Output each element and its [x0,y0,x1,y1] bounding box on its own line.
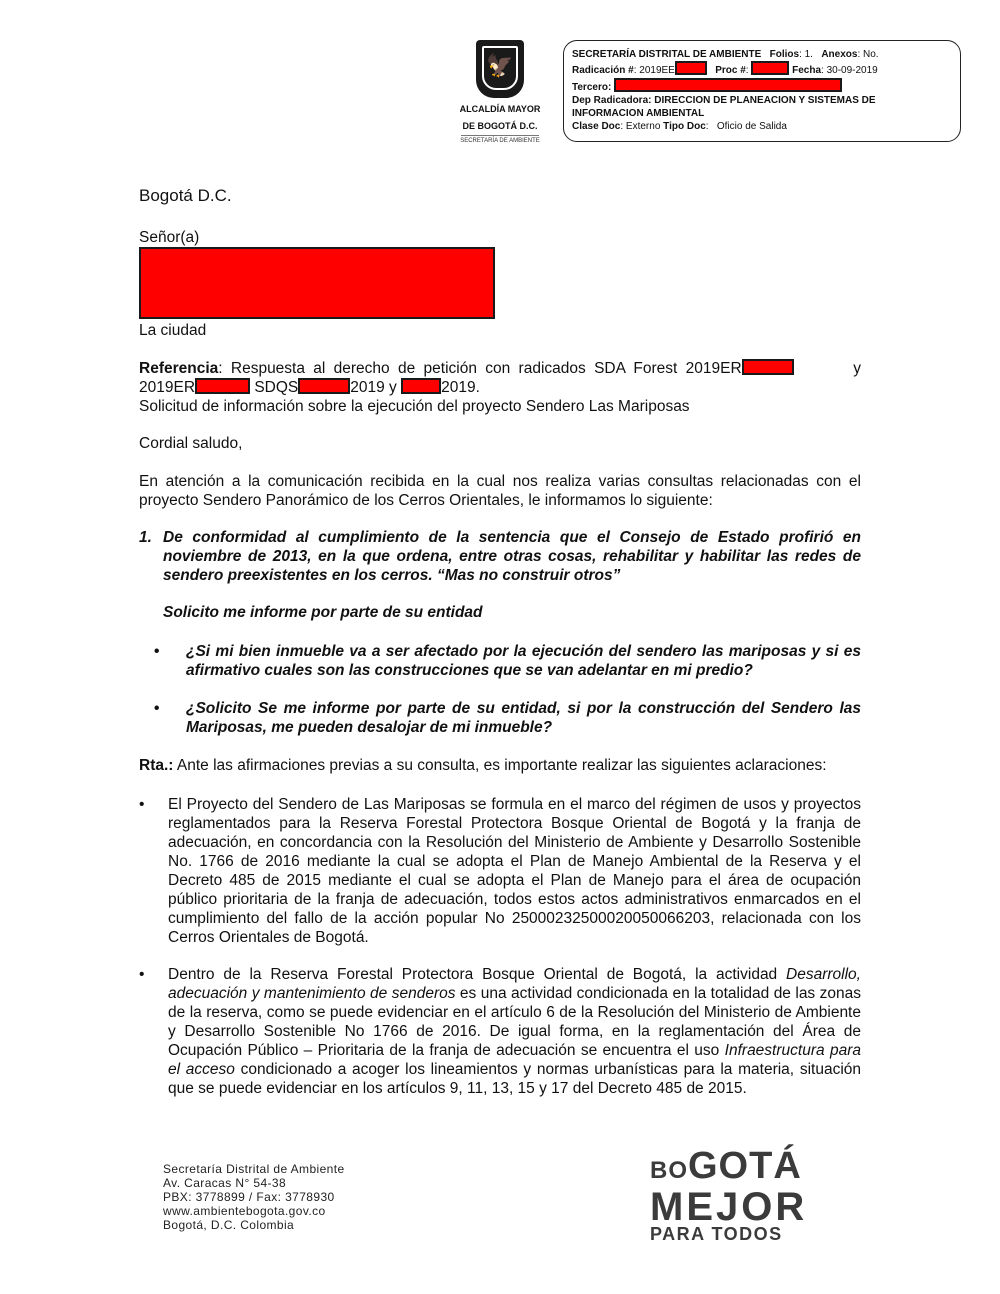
answer-intro-text: Ante las afirmaciones previas a su consu… [173,757,826,774]
clase-label: Clase Doc [572,121,620,132]
recipient-city: La ciudad [139,321,206,340]
brand-gota: GOTÁ [688,1145,802,1187]
alcaldia-crest-logo: 🦅 ALCALDÍA MAYOR DE BOGOTÁ D.C. SECRETAR… [455,40,545,144]
tercero-label: Tercero: [572,82,611,93]
footer-website: www.ambientebogota.gov.co [163,1204,345,1218]
answer-intro: Rta.: Ante las afirmaciones previas a su… [139,756,861,775]
redaction-box [195,378,250,394]
footer-street: Av. Caracas N° 54-38 [163,1176,345,1190]
reference-text-1b: y [853,359,861,378]
crest-divider [461,135,539,136]
fecha-value: : 30-09-2019 [821,65,878,76]
footer-city: Bogotá, D.C. Colombia [163,1218,345,1232]
filing-stamp: SECRETARÍA DISTRITAL DE AMBIENTE Folios:… [563,40,961,142]
reference-text-2b: SDQS [254,379,298,396]
letter-city: Bogotá D.C. [139,186,232,205]
answer-point-2-text: Dentro de la Reserva Forestal Protectora… [168,965,861,1098]
folios-value: : 1. [799,49,813,60]
proc-label: Proc # [715,65,746,76]
intro-paragraph: En atención a la comunicación recibida e… [139,472,861,510]
folios-label: Folios [770,49,799,60]
stamp-line-4: Dep Radicadora: DIRECCION DE PLANEACION … [572,94,952,107]
answer-label: Rta.: [139,757,173,774]
stamp-line-5: INFORMACION AMBIENTAL [572,107,952,120]
question-2-text: ¿Solicito Se me informe por parte de su … [186,699,861,737]
footer-entity: Secretaría Distrital de Ambiente [163,1162,345,1176]
redaction-box [614,78,842,92]
anexos-label: Anexos [821,49,857,60]
bullet-icon: • [154,699,159,718]
reference-text-2d: 2019. [441,379,480,396]
dep-value-2: INFORMACION AMBIENTAL [572,108,704,119]
proc-value: : [746,65,749,76]
reference-text-2c: 2019 y [350,379,397,396]
reference-line-2: 2019ER SDQS2019 y 2019. [139,378,861,397]
reference-line-1-text: Referencia: Respuesta al derecho de peti… [139,359,794,378]
brand-line-2: MEJOR [650,1189,840,1225]
fecha-label: Fecha [792,65,821,76]
crest-title-2: DE BOGOTÁ D.C. [455,121,545,132]
reference-block: Referencia: Respuesta al derecho de peti… [139,359,861,416]
coat-of-arms-icon: 🦅 [476,40,524,98]
redaction-box [401,378,441,394]
stamp-line-2: Radicación #: 2019EE Proc #: Fecha: 30-0… [572,61,952,77]
question-2: • ¿Solicito Se me informe por parte de s… [186,699,861,737]
crest-subtitle: SECRETARÍA DE AMBIENTE [455,138,545,144]
answer-point-2: • Dentro de la Reserva Forestal Protecto… [168,965,861,1098]
radicacion-label: Radicación # [572,65,634,76]
brand-bo: BO [650,1157,688,1184]
bullet-icon: • [139,795,144,814]
bullet-icon: • [139,965,144,984]
item-1-request: Solicito me informe por parte de su enti… [163,603,483,622]
stamp-line-3: Tercero: [572,78,952,94]
question-1-text: ¿Si mi bien inmueble va a ser afectado p… [186,642,861,680]
reference-line-1: Referencia: Respuesta al derecho de peti… [139,359,861,378]
tipo-value: : Oficio de Salida [706,121,787,132]
redaction-box [751,61,789,75]
redaction-box [298,378,350,394]
anexos-value: : No. [857,49,878,60]
bogota-mejor-para-todos-logo: BOGOTÁ MEJOR PARA TODOS [650,1148,840,1243]
redaction-box [742,359,794,375]
redaction-box [675,61,707,75]
recipient-redaction [139,247,495,319]
stamp-entity: SECRETARÍA DISTRITAL DE AMBIENTE [572,49,761,60]
greeting: Cordial saludo, [139,434,242,453]
item-1-number: 1. [139,528,152,547]
stamp-line-1: SECRETARÍA DISTRITAL DE AMBIENTE Folios:… [572,48,952,61]
crest-title-1: ALCALDÍA MAYOR [455,104,545,115]
answer-point-2-part-a: Dentro de la Reserva Forestal Protectora… [168,966,786,983]
answer-point-1: • El Proyecto del Sendero de Las Maripos… [168,795,861,947]
dep-value-1: DIRECCION DE PLANEACION Y SISTEMAS DE [654,95,875,106]
item-1-text: De conformidad al cumplimiento de la sen… [163,528,861,585]
brand-line-3: PARA TODOS [650,1225,840,1243]
footer-phone: PBX: 3778899 / Fax: 3778930 [163,1190,345,1204]
reference-label: Referencia [139,360,218,377]
bullet-icon: • [154,642,159,661]
reference-text-2a: 2019ER [139,379,195,396]
brand-line-1: BOGOTÁ [650,1148,840,1189]
tipo-label: Tipo Doc [663,121,706,132]
reference-text-1: : Respuesta al derecho de petición con r… [218,360,741,377]
item-1: 1. De conformidad al cumplimiento de la … [139,528,861,585]
stamp-line-6: Clase Doc: Externo Tipo Doc: Oficio de S… [572,120,952,133]
footer-address: Secretaría Distrital de Ambiente Av. Car… [163,1162,345,1232]
reference-subject: Solicitud de información sobre la ejecuc… [139,397,861,416]
clase-value: : Externo [620,121,660,132]
salutation-to: Señor(a) [139,228,199,247]
answer-point-2-part-e: condicionado a acoger los lineamientos y… [168,1061,861,1097]
question-1: • ¿Si mi bien inmueble va a ser afectado… [186,642,861,680]
answer-point-1-text: El Proyecto del Sendero de Las Mariposas… [168,795,861,947]
dep-label: Dep Radicadora: [572,95,651,106]
radicacion-value: : 2019EE [634,65,675,76]
